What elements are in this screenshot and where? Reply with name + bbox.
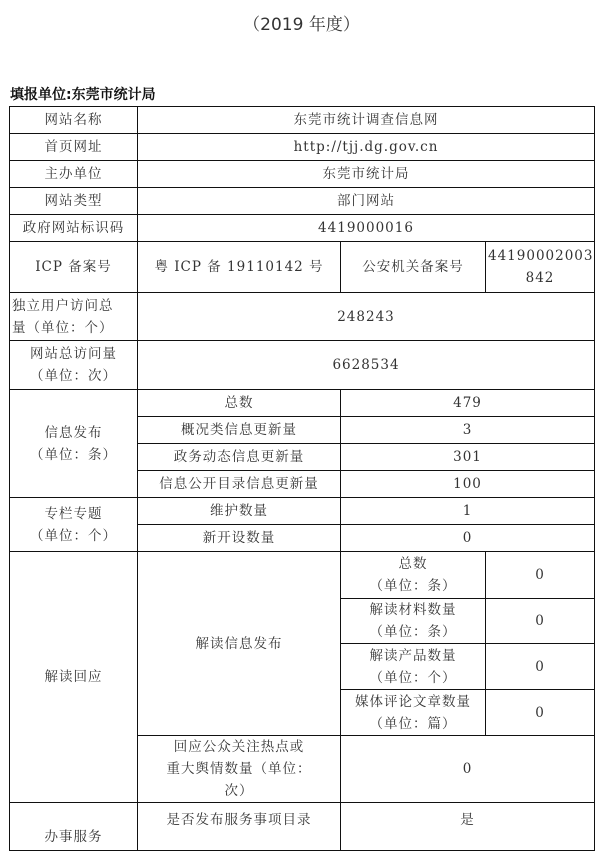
police-record-line2: 842 xyxy=(488,267,592,289)
interp-materials-label-line1: 解读材料数量 xyxy=(343,599,483,621)
value-police-record: 44190002003 842 xyxy=(486,242,595,293)
label-info-news: 政务动态信息更新量 xyxy=(138,444,341,471)
label-info-overview: 概况类信息更新量 xyxy=(138,417,341,444)
label-site-name: 网站名称 xyxy=(10,107,138,134)
value-info-news: 301 xyxy=(341,444,595,471)
value-site-name: 东莞市统计调查信息网 xyxy=(138,107,595,134)
value-icp: 粤 ICP 备 19110142 号 xyxy=(138,242,341,293)
value-info-catalog: 100 xyxy=(341,471,595,498)
value-columns-maintained: 1 xyxy=(341,498,595,525)
label-sponsor: 主办单位 xyxy=(10,161,138,188)
label-interp-media: 媒体评论文章数量 （单位：篇） xyxy=(341,690,486,736)
label-columns-new: 新开设数量 xyxy=(138,525,341,552)
row-unique-visitors: 独立用户访问总 量（单位：个） 248243 xyxy=(10,293,595,341)
interp-response-label-line3: 次） xyxy=(140,780,338,802)
interp-media-label-line1: 媒体评论文章数量 xyxy=(343,691,483,713)
label-interp-materials: 解读材料数量 （单位：条） xyxy=(341,599,486,644)
row-site-name: 网站名称 东莞市统计调查信息网 xyxy=(10,107,595,134)
value-info-overview: 3 xyxy=(341,417,595,444)
label-site-type: 网站类型 xyxy=(10,188,138,215)
label-services-catalog: 是否发布服务事项目录 xyxy=(138,803,341,851)
report-year: （2019 年度） xyxy=(0,10,603,35)
label-services: 办事服务 xyxy=(10,803,138,851)
label-columns: 专栏专题 （单位：个） xyxy=(10,498,138,552)
label-unique-visitors: 独立用户访问总 量（单位：个） xyxy=(10,293,138,341)
label-columns-maintained: 维护数量 xyxy=(138,498,341,525)
unique-visitors-label-line1: 独立用户访问总 xyxy=(12,295,135,317)
label-homepage: 首页网址 xyxy=(10,134,138,161)
police-record-line1: 44190002003 xyxy=(488,245,592,267)
label-info-catalog: 信息公开目录信息更新量 xyxy=(138,471,341,498)
label-interp-response: 回应公众关注热点或 重大舆情数量（单位： 次） xyxy=(138,736,341,803)
row-columns-maintained: 专栏专题 （单位：个） 维护数量 1 xyxy=(10,498,595,525)
info-publish-label-line2: （单位：条） xyxy=(12,444,135,466)
value-total-visits: 6628534 xyxy=(138,341,595,390)
value-sponsor: 东莞市统计局 xyxy=(138,161,595,188)
label-interpretation: 解读回应 xyxy=(10,552,138,803)
value-site-type: 部门网站 xyxy=(138,188,595,215)
value-homepage: http://tjj.dg.gov.cn xyxy=(138,134,595,161)
label-info-total: 总数 xyxy=(138,390,341,417)
label-interp-total: 总数 （单位：条） xyxy=(341,552,486,599)
label-interp-products: 解读产品数量 （单位：个） xyxy=(341,644,486,690)
row-total-visits: 网站总访问量 （单位：次） 6628534 xyxy=(10,341,595,390)
label-info-publish: 信息发布 （单位：条） xyxy=(10,390,138,498)
interp-materials-label-line2: （单位：条） xyxy=(343,621,483,643)
value-gov-id: 4419000016 xyxy=(138,215,595,242)
row-info-total: 信息发布 （单位：条） 总数 479 xyxy=(10,390,595,417)
interp-total-label-line1: 总数 xyxy=(343,553,483,575)
interp-products-label-line2: （单位：个） xyxy=(343,667,483,689)
value-interp-media: 0 xyxy=(486,690,595,736)
value-unique-visitors: 248243 xyxy=(138,293,595,341)
label-police-record: 公安机关备案号 xyxy=(341,242,486,293)
interp-response-label-line1: 回应公众关注热点或 xyxy=(140,736,338,758)
interp-media-label-line2: （单位：篇） xyxy=(343,713,483,735)
label-icp: ICP 备案号 xyxy=(10,242,138,293)
row-sponsor: 主办单位 东莞市统计局 xyxy=(10,161,595,188)
website-annual-report-table: 网站名称 东莞市统计调查信息网 首页网址 http://tjj.dg.gov.c… xyxy=(9,106,595,851)
row-icp: ICP 备案号 粤 ICP 备 19110142 号 公安机关备案号 44190… xyxy=(10,242,595,293)
value-services-catalog: 是 xyxy=(341,803,595,851)
row-services-catalog: 办事服务 是否发布服务事项目录 是 xyxy=(10,803,595,851)
columns-label-line2: （单位：个） xyxy=(12,525,135,547)
row-site-type: 网站类型 部门网站 xyxy=(10,188,595,215)
value-interp-products: 0 xyxy=(486,644,595,690)
value-interp-materials: 0 xyxy=(486,599,595,644)
interp-products-label-line1: 解读产品数量 xyxy=(343,645,483,667)
value-interp-total: 0 xyxy=(486,552,595,599)
label-interp-publish: 解读信息发布 xyxy=(138,552,341,736)
value-interp-response: 0 xyxy=(341,736,595,803)
total-visits-label-line1: 网站总访问量 xyxy=(12,343,135,365)
label-gov-id: 政府网站标识码 xyxy=(10,215,138,242)
row-interp-total: 解读回应 解读信息发布 总数 （单位：条） 0 xyxy=(10,552,595,599)
filing-unit: 填报单位:东莞市统计局 xyxy=(10,84,156,104)
total-visits-label-line2: （单位：次） xyxy=(12,365,135,387)
row-gov-id: 政府网站标识码 4419000016 xyxy=(10,215,595,242)
label-total-visits: 网站总访问量 （单位：次） xyxy=(10,341,138,390)
row-homepage: 首页网址 http://tjj.dg.gov.cn xyxy=(10,134,595,161)
interp-response-label-line2: 重大舆情数量（单位： xyxy=(140,758,338,780)
value-columns-new: 0 xyxy=(341,525,595,552)
info-publish-label-line1: 信息发布 xyxy=(12,422,135,444)
interp-total-label-line2: （单位：条） xyxy=(343,575,483,597)
unique-visitors-label-line2: 量（单位：个） xyxy=(12,317,135,339)
columns-label-line1: 专栏专题 xyxy=(12,503,135,525)
value-info-total: 479 xyxy=(341,390,595,417)
